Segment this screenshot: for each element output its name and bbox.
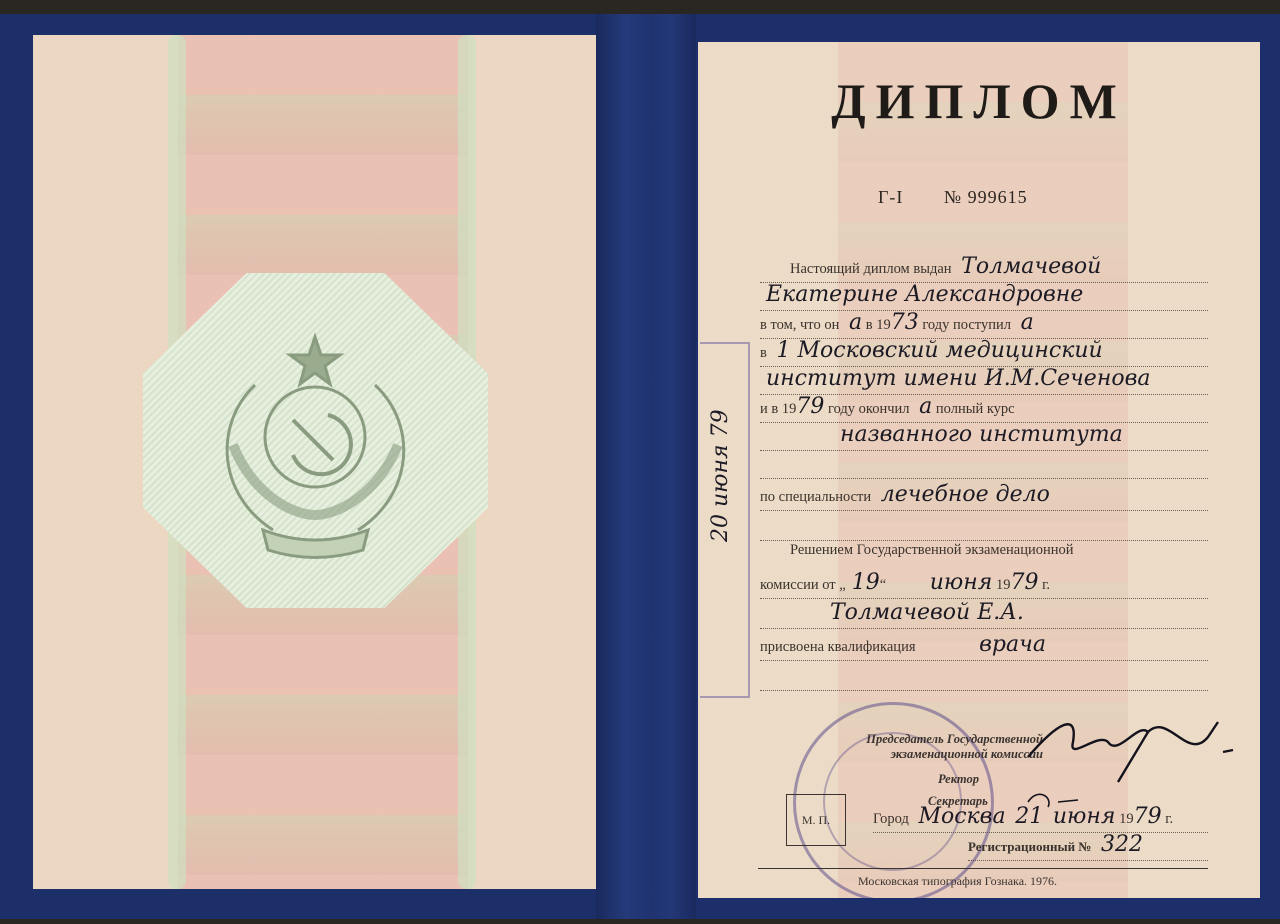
- line-label: г.: [1042, 577, 1050, 593]
- blank-line: [760, 662, 1208, 691]
- city-value: Москва: [918, 804, 1005, 829]
- given-name-value: Екатерине Александровне: [766, 282, 1083, 307]
- commission-day: 19: [852, 570, 880, 595]
- diploma-series: Г-I: [878, 187, 903, 207]
- institution-line-2: институт имени И.М.Сеченова: [760, 366, 1208, 395]
- gender-suffix: а: [919, 394, 932, 419]
- line-label: Решением Государственной экзаменационной: [790, 542, 1074, 558]
- specialty-value: лечебное дело: [881, 482, 1050, 507]
- line-label: полный курс: [936, 401, 1015, 417]
- year-prefix: 19: [1119, 811, 1134, 827]
- printer-imprint: Московская типография Гознака. 1976.: [858, 874, 1057, 889]
- institution-value: институт имени И.М.Сеченова: [766, 366, 1150, 391]
- signature-icon: [1018, 702, 1238, 812]
- right-page: 20 июня 79 ДИПЛОМ Г-I № 999615 Настоящий…: [698, 42, 1260, 898]
- line-label: году окончил: [828, 401, 910, 417]
- blank-line: [760, 512, 1208, 541]
- registration-number: 322: [1101, 832, 1143, 857]
- chairman-label: Председатель Государственной экзаменацио…: [823, 732, 1043, 762]
- seal-place-box: М. П.: [786, 794, 846, 846]
- line-label: по специальности: [760, 489, 871, 505]
- line-label: 19: [996, 577, 1011, 593]
- qualification-value: врача: [979, 632, 1046, 657]
- gender-suffix: а: [1021, 310, 1034, 335]
- line-label: году поступил: [922, 317, 1011, 333]
- name-line: Екатерине Александровне: [760, 282, 1208, 311]
- commission-month: июня: [930, 570, 993, 595]
- specialty-line: по специальности лечебное дело: [760, 482, 1208, 511]
- course-line: названного института: [760, 422, 1208, 451]
- commission-line: Решением Государственной экзаменационной: [760, 542, 1208, 570]
- signing-day: 21: [1015, 804, 1043, 829]
- document-title: ДИПЛОМ: [698, 72, 1260, 130]
- rector-label: Ректор: [938, 772, 979, 787]
- issued-to-line: Настоящий диплом выдан Толмачевой: [760, 254, 1208, 283]
- qualification-line: присвоена квалификация врача: [760, 632, 1208, 661]
- recipient-short: Толмачевой Е.А.: [830, 600, 1024, 625]
- city-label: Город: [873, 811, 909, 827]
- line-label: присвоена квалификация: [760, 639, 916, 655]
- number-label: №: [944, 187, 962, 207]
- enrolled-line: в том, что он а в 1973 году поступил а: [760, 310, 1208, 339]
- diploma-number: 999615: [968, 187, 1028, 207]
- year-suffix: г.: [1165, 811, 1173, 827]
- city-date-line: Город Москва 21 июня 1979 г.: [873, 804, 1208, 833]
- ussr-emblem-icon: [193, 325, 438, 565]
- footer-rule: [758, 868, 1208, 869]
- signing-year: 79: [1134, 804, 1162, 829]
- line-label: комиссии от „: [760, 577, 846, 593]
- commission-date-line: комиссии от „19“ июня 1979 г.: [760, 570, 1208, 599]
- left-page: [33, 35, 596, 889]
- recipient-short-line: Толмачевой Е.А.: [760, 600, 1208, 629]
- institution-line: в 1 Московский медицинский: [760, 338, 1208, 367]
- cover-spine: [596, 14, 696, 919]
- gender-suffix: а: [849, 310, 862, 335]
- line-label: Настоящий диплом выдан: [790, 261, 952, 277]
- surname-value: Толмачевой: [961, 254, 1101, 279]
- enrollment-year: 73: [891, 310, 919, 335]
- signing-month: июня: [1053, 804, 1116, 829]
- line-label: в: [760, 345, 767, 361]
- institution-value: 1 Московский медицинский: [776, 338, 1102, 363]
- graduated-line: и в 1979 году окончил а полный курс: [760, 394, 1208, 423]
- side-stamp-date: 20 июня 79: [708, 409, 733, 542]
- commission-year: 79: [1011, 570, 1039, 595]
- line-label: и в 19: [760, 401, 796, 417]
- line-label: в 19: [866, 317, 891, 333]
- registration-line: Регистрационный № 322: [968, 832, 1208, 861]
- diploma-serial: Г-I № 999615: [878, 187, 1028, 208]
- course-value: названного института: [840, 422, 1123, 447]
- line-label: в том, что он: [760, 317, 839, 333]
- registration-label: Регистрационный №: [968, 839, 1091, 854]
- graduation-year: 79: [796, 394, 824, 419]
- blank-line: [760, 450, 1208, 479]
- line-label: “: [880, 577, 886, 593]
